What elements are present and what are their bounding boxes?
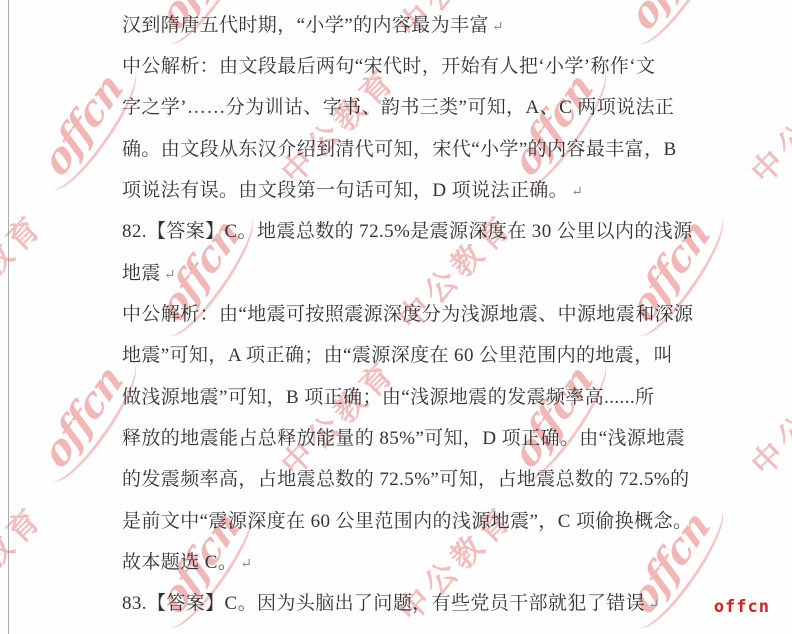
text-line: 82.【答案】C。地震总数的 72.5%是震源深度在 30 公里以内的浅源: [122, 220, 693, 244]
text-line: 中公解析：由文段最后两句“宋代时，开始有人把‘小学’称作‘文: [122, 55, 655, 79]
text-line: 地震”可知，A 项正确；由“震源深度在 60 公里范围内的地震，叫: [122, 344, 673, 368]
line-text: 故本题选 C。: [122, 552, 237, 573]
line-text: 确。由文段从东汉介绍到清代可知，宋代“小学”的内容最丰富，B: [122, 139, 677, 160]
text-line: 做浅源地震”可知，B 项正确；由“浅源地震的发震频率高......所: [122, 386, 654, 410]
paragraph-return-icon: ↵: [571, 185, 583, 200]
line-text: 释放的地震能占总释放能量的 85%”可知，D 项正确。由“浅源地震: [122, 428, 685, 449]
text-line: 的发震频率高，占地震总数的 72.5%”可知，占地震总数的 72.5%的: [122, 468, 690, 492]
paragraph-return-icon: ↵: [648, 598, 660, 613]
text-line: 中公解析：由“地震可按照震源深度分为浅源地震、中源地震和深源: [122, 303, 693, 327]
text-line: 地震↵: [122, 262, 176, 286]
line-text: 地震”可知，A 项正确；由“震源深度在 60 公里范围内的地震，叫: [122, 345, 673, 366]
paragraph-return-icon: ↵: [240, 557, 252, 572]
line-text: 做浅源地震”可知，B 项正确；由“浅源地震的发震频率高......所: [122, 387, 654, 408]
text-line: 确。由文段从东汉介绍到清代可知，宋代“小学”的内容最丰富，B: [122, 138, 677, 162]
text-line: 故本题选 C。↵: [122, 551, 252, 575]
paragraph-return-icon: ↵: [492, 20, 504, 35]
line-text: 83.【答案】C。因为头脑出了问题，有些党员干部就犯了错误: [122, 593, 645, 614]
text-line: 汉到隋唐五代时期，“小学”的内容最为丰富↵: [122, 14, 504, 38]
paragraph-return-icon: ↵: [164, 268, 176, 283]
text-line: 字之学’……分为训诂、字书、韵书三类”可知，A、C 两项说法正: [122, 96, 674, 120]
line-text: 项说法有误。由文段第一句话可知，D 项说法正确。: [122, 180, 568, 201]
offcn-logo: offcn: [714, 597, 770, 617]
text-line: 项说法有误。由文段第一句话可知，D 项说法正确。↵: [122, 179, 583, 203]
line-text: 中公解析：由“地震可按照震源深度分为浅源地震、中源地震和深源: [122, 304, 693, 325]
line-text: 的发震频率高，占地震总数的 72.5%”可知，占地震总数的 72.5%的: [122, 469, 690, 490]
line-text: 中公解析：由文段最后两句“宋代时，开始有人把‘小学’称作‘文: [122, 56, 655, 77]
text-line: 释放的地震能占总释放能量的 85%”可知，D 项正确。由“浅源地震: [122, 427, 685, 451]
text-line: 83.【答案】C。因为头脑出了问题，有些党员干部就犯了错误↵: [122, 592, 660, 616]
line-text: 是前文中“震源深度在 60 公里范围内的浅源地震”，C 项偷换概念。: [122, 511, 692, 532]
document-page[interactable]: 中公教育offcn中公教育offcnoffcn中公教育offcn中公教育中公教育…: [0, 0, 792, 634]
document-text: 汉到隋唐五代时期，“小学”的内容最为丰富↵中公解析：由文段最后两句“宋代时，开始…: [0, 0, 792, 634]
line-text: 字之学’……分为训诂、字书、韵书三类”可知，A、C 两项说法正: [122, 97, 674, 118]
line-text: 地震: [122, 263, 161, 284]
text-line: 是前文中“震源深度在 60 公里范围内的浅源地震”，C 项偷换概念。: [122, 510, 692, 534]
line-text: 汉到隋唐五代时期，“小学”的内容最为丰富: [122, 15, 489, 36]
line-text: 82.【答案】C。地震总数的 72.5%是震源深度在 30 公里以内的浅源: [122, 221, 693, 242]
